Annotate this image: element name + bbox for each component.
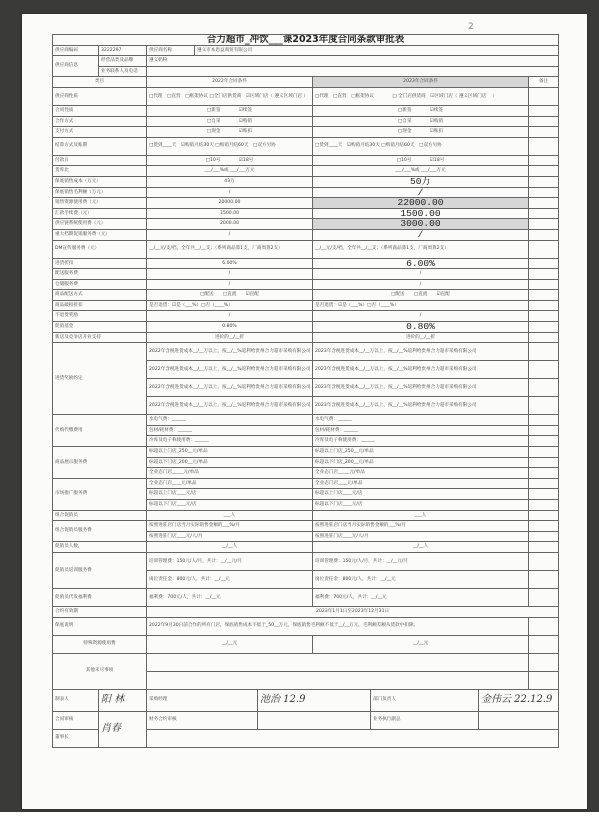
value-2023: / [313,187,529,198]
corner-mark: 2 [468,22,474,32]
value-2023: __/__元/支/档，全年共__/__支；（系列商品算1支，厂商周算2支） [313,240,529,258]
remark-cell [529,379,559,397]
group-2023: 标超以上门店_250__元/单品 [313,447,529,458]
promoter-train-2022: 岗位责任金：800元/人，共计：__/__元 [147,570,313,588]
row-label: 保底销售毛利额（万元） [53,187,147,198]
rebate-2022: 2022年含税进货成本__/__万以上，按__/__%返利给贵州合力超市采购有限… [147,361,313,379]
promoter-num-2022: __/__人 [147,542,313,553]
group-2023: 全业态门店_____元/单品 [313,468,529,479]
col-item: 类目 [53,77,147,88]
row-label: 汇款手续费（元） [53,208,147,219]
group-2023: 全业态门店____元/单品 [313,478,529,489]
rebate-2023: 2023年含税进货成本__/__万以上，按__/__%返利给贵州合力超市采购有限… [313,397,529,415]
table-row: 重大档期促销服务费（元）// [53,229,559,240]
row-label: 合作方式 [53,116,147,127]
table-row: 商品展示服务费标超以上门店_250__元/单品标超以上门店_250__元/单品 [53,447,559,458]
group-2022: 标超以下门店_200__元/单品 [147,457,313,468]
table-row: 促销员代发福利费福利费：700元/人，共计：__/__元福利费：700元/人，共… [53,588,559,606]
value-2022: 1500.00 [147,208,313,219]
table-row: 供应链系统使用费（元）2000.003000.00 [53,219,559,230]
promoter-service-2023: 按照进驻门店____元/人/月 [313,531,529,542]
value-2023: 22000.00 [313,198,529,209]
group-2022: 包材/耗材费：______ [147,425,313,436]
value-2022: 20000.00 [147,198,313,209]
guarantee-value: 2022年9月30日前合作的所有门店，保底销售成本不低于_50__万元，保底销售… [147,617,529,635]
remark-cell [529,489,559,500]
table-row: 组合促销员___人___人 [53,510,559,521]
table-row: 代购代缴费用水电气费：______水电气费：______ [53,415,559,426]
contract-review-signature: 肖春 [99,711,147,747]
row-label: 供应商性质 [53,87,147,105]
value-2022: □自采 ☑购销 [147,116,313,127]
dept-head-signature: 金伟云 22.12.9 [479,689,559,711]
remark-cell [529,269,559,280]
remark-cell [529,447,559,458]
remark-cell [529,198,559,209]
remark-cell [529,588,559,606]
group-2023: 标超以下门店_200__元/单品 [313,457,529,468]
category-brand-label: 经营品类及品牌 [99,56,147,67]
group-label: 代购代缴费用 [53,415,147,447]
value-2023: 0.80% [313,322,529,333]
remark-cell [529,457,559,468]
table-row: 合作方式□自采 ☑购销□自采 ☑购销 [53,116,559,127]
table-row: 促销员培训服务费培训管理费：150元/人/月，共计：__/__元/月培训管理费：… [53,552,559,570]
row-label: 重大档期促销服务费（元） [53,229,147,240]
remark-cell [529,425,559,436]
value-2023: / [313,269,529,280]
value-2022: ___/___%或 ___/___万元 [147,166,313,177]
table-row: 仓储服务费// [53,279,559,290]
other-label: 其他未尽事项 [53,653,147,689]
purchase-mgr-signature: 池治 12.9 [258,689,371,711]
value-2023: □自采 ☑购销 [313,116,529,127]
table-row: 进货折扣6.00%6.00% [53,258,559,269]
value-2023: □货到____天 ☑购销月结30天 □购销月结60天 □双方另协 [313,137,529,155]
row-label: DM宣传服务费（元） [53,240,147,258]
remark-cell [529,653,559,671]
value-2022: 是否退货：☑是（___%）□否（____%） [147,300,313,311]
value-2022: / [147,269,313,280]
remark-cell [529,617,559,635]
value-2022: 0.80% [147,322,313,333]
remark-cell [529,300,559,311]
col-remark: 备注 [529,77,559,88]
row-label: 仓储服务费 [53,279,147,290]
group-2022: 水电气费：______ [147,415,313,426]
dept-head-label: 部门负责人 [371,689,479,711]
supplier-code-label: 供应商编码 [53,45,99,56]
promoter-service-2022: 按照进驻店门店当月实际销售金额的___%/月 [147,521,313,532]
welfare-label: 促销员代发福利费 [53,588,147,606]
rebate-2022: 2022年含税进货成本__/__万以上，按__/__%返利给贵州合力超市采购有限… [147,343,313,361]
group-2022: 标超以下门店____元/店 [147,500,313,511]
promoter-train-label: 促销员培训服务费 [53,552,147,588]
value-2023: ___/___%或 ___/___万元 [313,166,529,177]
table-row: 制表人阳 林采购经理池治 12.9部门负责人金伟云 22.12.9 [53,689,559,711]
value-2022: 2000.00 [147,219,313,230]
value-2023: 1500.00 [313,208,529,219]
supplier-info-label: 供应商信息 [53,56,99,77]
value-2022: 6.00% [147,258,313,269]
row-label: 促销基金 [53,322,147,333]
col-2023: 2023年合同条件 [313,77,529,88]
table-row: 结算方式及账期□货到____天 ☑购销月结30天 □购销月结60天 □双方另协□… [53,137,559,155]
row-label: 不退货奖励 [53,311,147,322]
value-2023: / [313,229,529,240]
group-2023: 冷库及电子称使用费：______ [313,436,529,447]
table-row: 不退货奖励// [53,311,559,322]
value-2022: □10号 ☑18号 [147,155,313,166]
remark-cell [529,343,559,361]
welfare-2023: 福利费：700元/人，共计：__/__元 [313,588,529,606]
value-2023: 进价的__/__折 [313,332,529,343]
group-2022: 标超以上门店_250__元/单品 [147,447,313,458]
guarantee-label: 保底说明 [53,617,147,635]
supplier-name-label: 供应商名称 [147,45,195,56]
remark-cell [529,415,559,426]
group-label: 商品展示服务费 [53,447,147,479]
value-2022: / [147,279,313,290]
other-line [147,671,529,689]
validity-label: 合约有效期 [53,606,147,617]
promoter-num-2023: __/__人 [313,542,529,553]
table-row: 供应商性质□代理 □直营 □框架协议 □全门店供货商 ☑区域门店（ 遵义区域门店… [53,87,559,105]
remark-cell [529,397,559,415]
table-row: 货库比___/___%或 ___/___万元___/___%或 ___/___万… [53,166,559,177]
value-2023: 6.00% [313,258,529,269]
remark-cell [529,208,559,219]
form-title: 合力超市_冲饮___课2023年度合同条款审批表 [53,35,559,46]
table-row: 特殊资源使用费__/__元__/__元 [53,635,559,653]
validity-value: 2023年1月1日至2023年12月31日 [147,606,559,617]
remark-cell [529,176,559,187]
group-2023: 标超以下门店____元/店 [313,500,529,511]
row-label: 商品配送方式 [53,290,147,301]
special-label: 特殊资源使用费 [53,635,147,653]
group-2023: 标超以上门店____元/店 [313,489,529,500]
remark-cell [529,279,559,290]
finance-review-signature [258,711,371,729]
row-label: 货库比 [53,166,147,177]
remark-cell [529,166,559,177]
promoter-train-2023: 岗位责任金：800元/人，共计：__/__元 [313,570,529,588]
remark-cell [529,240,559,258]
promoter-count-2023: ___人 [313,510,529,521]
promoter-service-label: 组合促销员服务费 [53,521,147,542]
value-2023: □代理 □直营 □框架协议 □ 全门店供货商 ☑区域门店（ 遵义区域门店 ） [313,87,529,105]
group-2022: 标超以上门店____元/店 [147,489,313,500]
promoter-count-label: 组合促销员 [53,510,147,521]
value-2023: / [313,279,529,290]
table-row: 商品破损折扣是否退货：☑是（___%）□否（____%）是否退货：☑是（___%… [53,300,559,311]
row-label: 保底销售成本（万元） [53,176,147,187]
promoter-train-2023: 培训管理费：150元/人/月，共计：__/__元/月 [313,552,529,570]
remark-cell [529,552,559,570]
remark-cell [529,478,559,489]
supplier-name: 遵义市本恩益商贸有限公司 [195,45,559,56]
value-2023: □配送 □直流 ☑直配 [313,290,529,301]
other-line [147,653,529,671]
chairman-label: 董事长 [53,729,99,747]
background [0,812,599,831]
value-2023: 50万 [313,176,529,187]
row-label: 商品破损折扣 [53,300,147,311]
table-row: 配送服务费// [53,269,559,280]
group-label: 市场推广服务费 [53,478,147,510]
remark-cell [529,531,559,542]
promoter-train-2022: 培训管理费：150元/人/月，共计：__/__元/月 [147,552,313,570]
table-row: 商品配送方式□配送 □直流 ☑直配□配送 □直流 ☑直配 [53,290,559,301]
promoter-service-2023: 按照进驻店门店当月实际销售金额的___%/月 [313,521,529,532]
value-2022: 进价的__/__折 [147,332,313,343]
value-2022: □代理 □直营 □框架协议 □全门店供货商 ☑区域门店（ 遵义区域门店 ） [147,87,313,105]
remark-cell [529,322,559,333]
table-row: 新店及竞争店开业支持进价的__/__折进价的__/__折 [53,332,559,343]
table-row: 市场推广服务费全业态门店____元/单品全业态门店____元/单品 [53,478,559,489]
remark-cell [529,570,559,588]
remark-cell [529,258,559,269]
remark-cell [529,116,559,127]
contact-label: 业务联系人及电话 [99,66,147,77]
remark-cell [529,87,559,105]
value-2023: □现金 ☑账扣 [313,127,529,138]
remark-cell [529,510,559,521]
remark-cell [529,500,559,511]
special-2023: __/__元 [313,635,529,653]
preparer-label: 制表人 [53,689,99,711]
value-2023: 是否退货：☑是（___%）□否（____%） [313,300,529,311]
row-label: 付款日 [53,155,147,166]
promoter-num-label: 促销员人数， [53,542,147,553]
remark-cell [529,671,559,689]
value-2022: / [147,187,313,198]
contact [147,66,559,77]
table-row: 促销基金0.80%0.80% [53,322,559,333]
table-row: 进货奖励约定2022年含税进货成本__/__万以上，按__/__%返利给贵州合力… [53,343,559,361]
value-2023: 3000.00 [313,219,529,230]
remark-cell [529,311,559,322]
table-row: 销售资源使用费（元）20000.0022000.00 [53,198,559,209]
group-2022: 全业态门店____元/单品 [147,478,313,489]
purchase-mgr-label: 采购经理 [147,689,258,711]
rebate-label: 进货奖励约定 [53,343,147,415]
row-label: 支付方式 [53,127,147,138]
welfare-2022: 福利费：700元/人，共计：__/__元 [147,588,313,606]
table-row: 支付方式□现金 ☑账扣□现金 ☑账扣 [53,127,559,138]
remark-cell [529,127,559,138]
contract-review-label: 合同审核 [53,711,99,729]
table-row: 保底说明2022年9月30日前合作的所有门店，保底销售成本不低于_50__万元，… [53,617,559,635]
row-label: 供应链系统使用费（元） [53,219,147,230]
group-2023: 水电气费：______ [313,415,529,426]
remark-cell [529,635,559,653]
remark-cell [529,105,559,116]
exec-vp-signature [479,711,559,729]
value-2022: / [147,311,313,322]
row-label: 配送服务费 [53,269,147,280]
remark-cell [529,187,559,198]
promoter-service-2022: 按照进驻门店____元/人/月 [147,531,313,542]
table-row: 促销员人数，__/__人__/__人 [53,542,559,553]
value-2023: □10号 ☑18号 [313,155,529,166]
promoter-count-2022: ___人 [147,510,313,521]
table-row: 合约有效期2023年1月1日至2023年12月31日 [53,606,559,617]
contract-approval-form: 合力超市_冲饮___课2023年度合同条款审批表 供应商编码 3222297 供… [52,34,559,748]
table-row: DM宣传服务费（元）__/__元/支/档，全年共__/__支；（系列商品算1支，… [53,240,559,258]
remark-cell [529,361,559,379]
value-2022: □现金 ☑账扣 [147,127,313,138]
rebate-2023: 2023年含税进货成本__/__万以上，按__/__%返利给贵州合力超市采购有限… [313,379,529,397]
value-2022: □货到____天 ☑购销月结30天 □购销月结60天 □双方另协 [147,137,313,155]
exec-vp-label: 业务执行副总 [371,711,479,729]
value-2023: / [313,311,529,322]
rebate-2022: 2022年含税进货成本__/__万以上，按__/__%返利给贵州合力超市采购有限… [147,379,313,397]
row-label: 新店及竞争店开业支持 [53,332,147,343]
row-label: 合同性质 [53,105,147,116]
table-row: 保底销售毛利额（万元）// [53,187,559,198]
value-2022: □配送 □直流 ☑直配 [147,290,313,301]
table-row: 保底销售成本（万元）43万50万 [53,176,559,187]
value-2023: □新签 ☑续签 [313,105,529,116]
table-row: 合同审核肖春财务合约审核业务执行副总 [53,711,559,729]
chairman-signature [147,729,559,747]
value-2022: / [147,229,313,240]
finance-review-label: 财务合约审核 [147,711,258,729]
preparer-signature: 阳 林 [99,689,147,711]
remark-cell [529,332,559,343]
table-row: 汇款手续费（元）1500.001500.00 [53,208,559,219]
table-row: 付款日□10号 ☑18号□10号 ☑18号 [53,155,559,166]
remark-cell [529,137,559,155]
table-row: 其他未尽事项 [53,653,559,671]
supplier-code: 3222297 [99,45,147,56]
remark-cell [529,219,559,230]
category-brand: 遵义奶粉 [147,56,559,67]
remark-cell [529,155,559,166]
rebate-2022: 2022年含税进货成本__/__万以上，按__/__%返利给贵州合力超市采购有限… [147,397,313,415]
remark-cell [529,229,559,240]
table-row: 组合促销员服务费按照进驻店门店当月实际销售金额的___%/月按照进驻店门店当月实… [53,521,559,532]
remark-cell [529,521,559,532]
remark-cell [529,436,559,447]
rebate-2023: 2023年含税进货成本__/__万以上，按__/__%返利给贵州合力超市采购有限… [313,343,529,361]
remark-cell [529,290,559,301]
remark-cell [529,542,559,553]
value-2022: __/__元/支/档，全年共__/__支；（系列商品算1支，厂商周算2支） [147,240,313,258]
special-2022: __/__元 [147,635,313,653]
row-label: 销售资源使用费（元） [53,198,147,209]
row-label: 结算方式及账期 [53,137,147,155]
group-2022: 全业态门店_____元/单品 [147,468,313,479]
row-label: 进货折扣 [53,258,147,269]
value-2022: 43万 [147,176,313,187]
group-2023: 包材/耗材费：______ [313,425,529,436]
value-2022: □新签 ☑续签 [147,105,313,116]
col-2022: 2022年合同条件 [147,77,313,88]
rebate-2023: 2023年含税进货成本__/__万以上，按__/__%返利给贵州合力超市采购有限… [313,361,529,379]
group-2022: 冷库及电子称使用费：______ [147,436,313,447]
table-row: 合同性质□新签 ☑续签□新签 ☑续签 [53,105,559,116]
remark-cell [529,468,559,479]
